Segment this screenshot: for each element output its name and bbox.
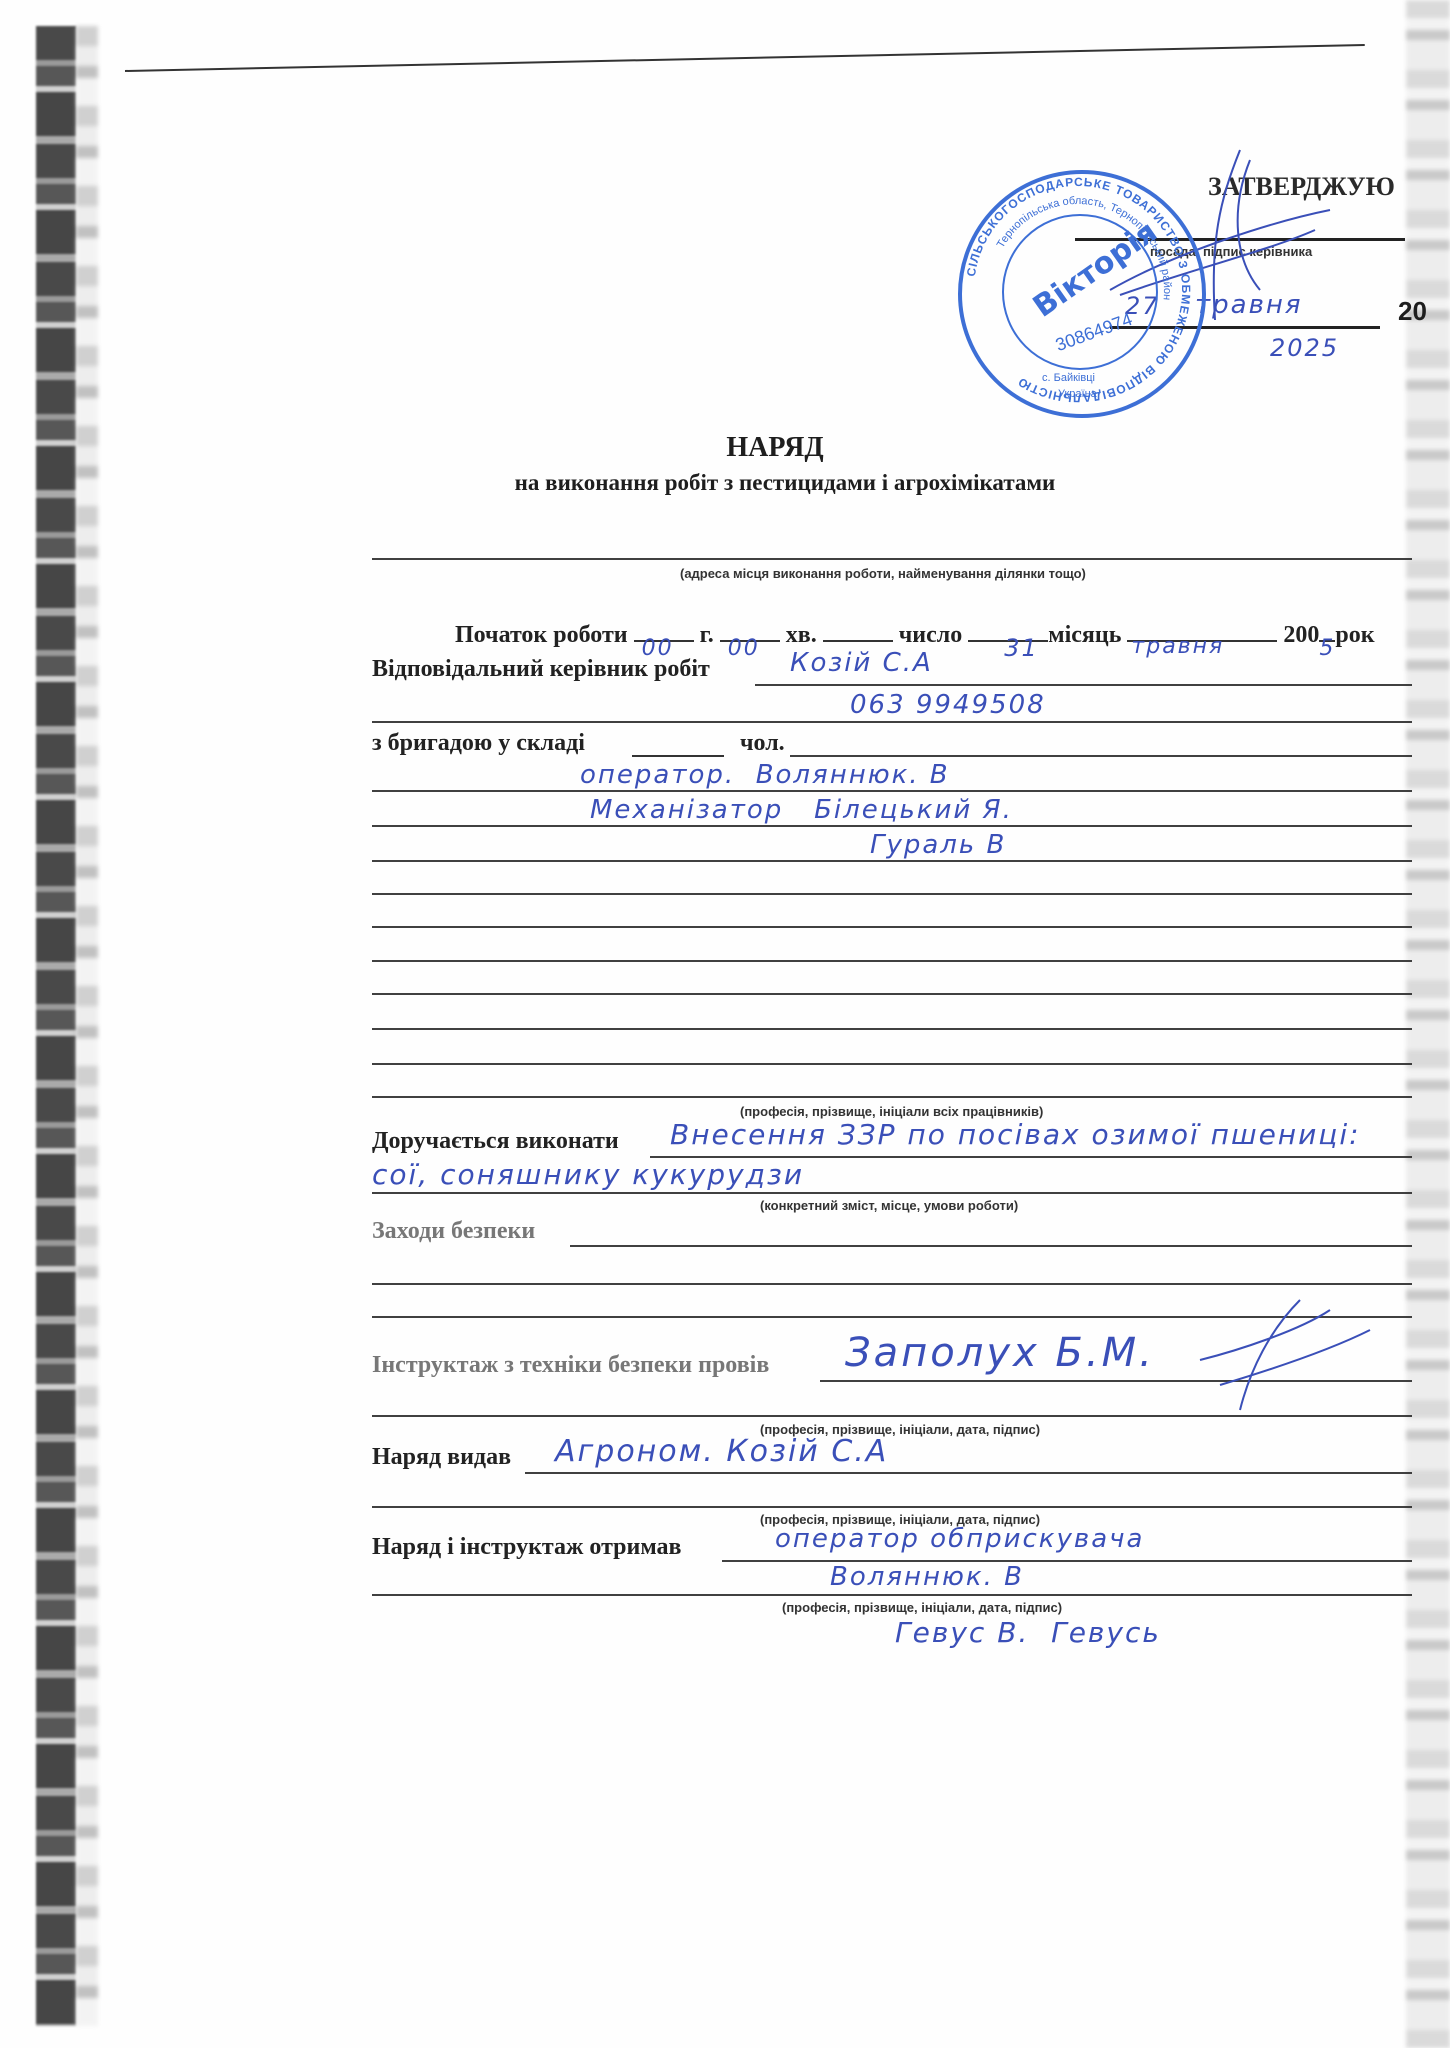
- task-line-2[interactable]: [372, 1192, 1412, 1194]
- received-line1: оператор обприскувача: [775, 1524, 1144, 1554]
- safety-line-2[interactable]: [372, 1283, 1412, 1285]
- start-hours-field[interactable]: 00: [634, 640, 694, 642]
- approval-year-prefix: 20: [1398, 296, 1427, 327]
- briefing-value: Заполух Б.М.: [845, 1330, 1155, 1376]
- brigade-caption: (професія, прізвище, ініціали всіх праці…: [740, 1104, 1043, 1119]
- issued-line-2[interactable]: [372, 1506, 1412, 1508]
- received-line-2[interactable]: [372, 1594, 1412, 1596]
- brigade-line-8[interactable]: [372, 1028, 1412, 1030]
- task-text-line2: сої, соняшнику кукурудзи: [372, 1158, 804, 1191]
- supervisor-line-2[interactable]: [372, 721, 1412, 723]
- safety-line-1[interactable]: [570, 1245, 1412, 1247]
- supervisor-name: Козій С.А: [790, 648, 933, 678]
- start-year-field[interactable]: 5: [1319, 640, 1335, 642]
- brigade-line-5[interactable]: [372, 926, 1412, 928]
- issued-line[interactable]: [525, 1472, 1412, 1474]
- document-subtitle: на виконання робіт з пестицидами і агрох…: [0, 470, 1450, 496]
- received-line3: Гевус В. Гевусь: [895, 1616, 1161, 1649]
- start-label: Початок роботи: [455, 622, 628, 648]
- start-year-prefix: 200: [1283, 622, 1319, 648]
- scan-edge-left-shadow: [76, 26, 98, 2026]
- received-line[interactable]: [722, 1560, 1412, 1562]
- start-year-suffix: рок: [1335, 622, 1374, 648]
- top-border-line: [125, 44, 1365, 72]
- task-text-line1: Внесення ЗЗР по посівах озимої пшениці:: [670, 1118, 1361, 1151]
- brigade-line-4[interactable]: [372, 893, 1412, 895]
- brigade-line-0[interactable]: [790, 755, 1412, 757]
- scan-edge-left: [36, 26, 76, 2026]
- brigade-line-3[interactable]: [372, 860, 1412, 862]
- brigade-line-6[interactable]: [372, 960, 1412, 962]
- address-caption: (адреса місця виконання роботи, найменув…: [680, 566, 1086, 581]
- received-label: Наряд і інструктаж отримав: [372, 1534, 681, 1561]
- brigade-line-9[interactable]: [372, 1063, 1412, 1065]
- brigade-line-2[interactable]: [372, 825, 1412, 827]
- brigade-line-1[interactable]: [372, 790, 1412, 792]
- safety-label: Заходи безпеки: [372, 1218, 535, 1245]
- supervisor-line[interactable]: [755, 684, 1412, 686]
- brigade-member: Механізатор Білецький Я.: [590, 795, 1013, 825]
- briefing-line-2[interactable]: [372, 1415, 1412, 1417]
- task-label: Доручається виконати: [372, 1128, 619, 1155]
- task-caption: (конкретний зміст, місце, умови роботи): [760, 1198, 1018, 1213]
- address-line: [372, 558, 1412, 560]
- brigade-member: оператор. Воляннюк. В: [580, 760, 950, 790]
- stamp-village: с. Байківці: [1042, 372, 1095, 384]
- start-blank: [823, 640, 893, 642]
- received-caption: (професія, прізвище, ініціали, дата, під…: [782, 1600, 1062, 1615]
- received-line2: Воляннюк. В: [830, 1562, 1024, 1592]
- start-month-label: місяць: [1048, 622, 1121, 648]
- start-month-field[interactable]: травня: [1127, 640, 1277, 642]
- start-day-field[interactable]: 31: [968, 640, 1048, 642]
- document-title: НАРЯД: [0, 432, 1450, 464]
- brigade-line-10[interactable]: [372, 1096, 1412, 1098]
- start-minutes-field[interactable]: 00: [720, 640, 780, 642]
- brigade-count-field[interactable]: [632, 755, 724, 757]
- stamp-country: Україна: [1058, 388, 1097, 400]
- issued-label: Наряд видав: [372, 1444, 511, 1471]
- briefing-label: Інструктаж з техніки безпеки провів: [372, 1352, 769, 1379]
- supervisor-label: Відповідальний керівник робіт: [372, 656, 710, 683]
- company-stamp: СІЛЬСЬКОГОСПОДАРСЬКЕ ТОВАРИСТВО З ОБМЕЖЕ…: [958, 170, 1206, 418]
- issued-value: Агроном. Козій С.А: [555, 1434, 888, 1469]
- brigade-unit: чол.: [740, 730, 785, 757]
- brigade-line-7[interactable]: [372, 993, 1412, 995]
- start-hours-unit: г.: [700, 622, 714, 648]
- brigade-label: з бригадою у складі: [372, 730, 585, 757]
- brigade-member: Гураль В: [870, 830, 1006, 860]
- supervisor-phone: 063 9949508: [850, 690, 1046, 720]
- start-row: Початок роботи 00 г. 00 хв. число 31міся…: [455, 622, 1375, 649]
- start-minutes-unit: хв.: [786, 622, 817, 648]
- briefing-signature: [1180, 1290, 1380, 1420]
- start-day-label: число: [899, 622, 962, 648]
